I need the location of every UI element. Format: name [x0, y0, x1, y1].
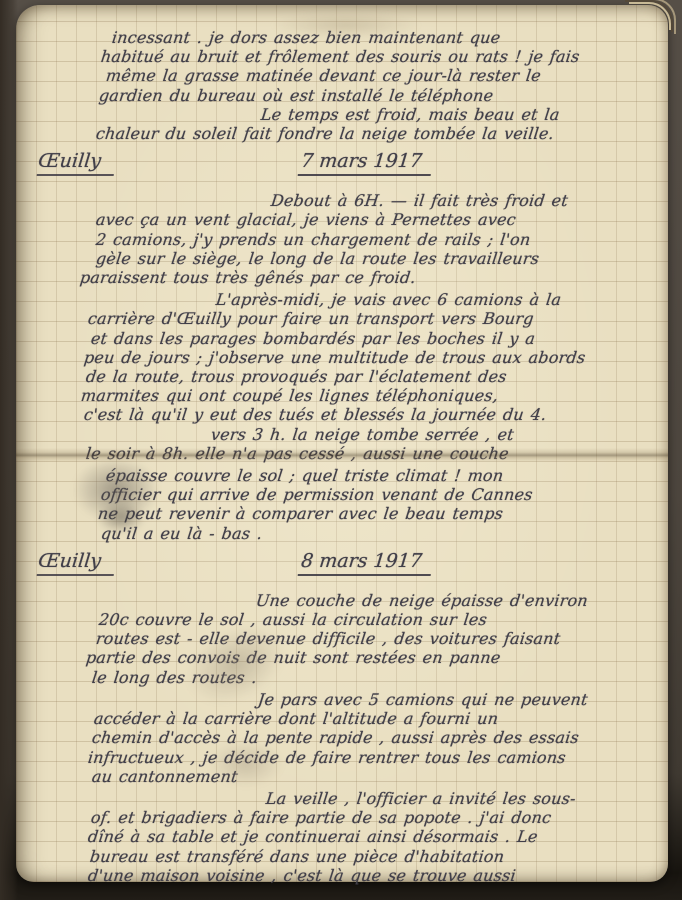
handwriting-text: ne peut revenir à comparer avec le beau … [97, 504, 504, 523]
handwriting-text: La veille , l'officier a invité les sous… [265, 789, 577, 808]
handwritten-line: qu'il a eu là - bas . [101, 524, 650, 543]
handwritten-line: au cantonnement [92, 767, 650, 786]
handwritten-line: marmites qui ont coupé les lignes téléph… [81, 386, 650, 405]
handwriting-text: partie des convois de nuit sont restées … [85, 648, 502, 667]
handwriting-text: Une couche de neige épaisse d'environ [255, 591, 589, 610]
handwriting-text: 2 camions, j'y prends un chargement de r… [95, 230, 532, 249]
handwriting-text: chemin d'accès à la pente rapide , aussi… [91, 728, 580, 747]
handwritten-line: habitué au bruit et frôlement des souris… [101, 47, 650, 66]
handwritten-line: L'après-midi, je vais avec 6 camions à l… [216, 290, 650, 309]
handwriting-text: épaisse couvre le sol ; quel triste clim… [105, 466, 505, 485]
handwritten-line: Debout à 6H. — il fait très froid et [271, 191, 650, 210]
handwritten-line: le long des routes . [92, 668, 650, 687]
handwriting-text: chaleur du soleil fait fondre la neige t… [95, 124, 555, 143]
handwriting-text: gardien du bureau où est installé le tél… [98, 86, 495, 105]
handwritten-line: 2 camions, j'y prends un chargement de r… [96, 230, 650, 249]
handwritten-line: La veille , l'officier a invité les sous… [266, 789, 650, 808]
handwritten-line: incessant . je dors assez bien maintenan… [112, 28, 650, 47]
handwritten-line: d'une maison voisine , c'est là que se t… [88, 866, 650, 885]
handwritten-line: gèle sur le siège, le long de la route l… [96, 249, 650, 268]
handwritten-line: 20c couvre le sol , aussi la circulation… [99, 610, 650, 629]
notebook-page: incessant . je dors assez bien maintenan… [16, 5, 668, 882]
entry-heading: Œuilly8 mars 1917 [96, 550, 650, 582]
handwriting-text: et dans les parages bombardés par les bo… [90, 329, 537, 348]
entry-heading: Œuilly7 mars 1917 [96, 150, 650, 182]
handwriting-text: qu'il a eu là - bas . [100, 524, 264, 543]
handwritten-line: même la grasse matinée devant ce jour-là… [106, 66, 650, 85]
handwritten-line: accéder à la carrière dont l'altitude a … [94, 709, 650, 728]
handwriting-text: 20c couvre le sol , aussi la circulation… [98, 610, 488, 629]
photo-backdrop: incessant . je dors assez bien maintenan… [0, 0, 682, 900]
handwritten-line: gardien du bureau où est installé le tél… [99, 86, 650, 105]
handwritten-line: Je pars avec 5 camions qui ne peuvent [258, 690, 650, 709]
handwritten-line: dîné à sa table et je continuerai ainsi … [88, 827, 650, 846]
handwritten-line: c'est là qu'il y eut des tués et blessés… [84, 405, 650, 424]
paragraph: incessant . je dors assez bien maintenan… [96, 28, 650, 143]
handwritten-line: infructueux , je décide de faire rentrer… [88, 748, 650, 767]
handwriting-text: d'une maison voisine , c'est là que se t… [87, 866, 517, 885]
date-heading: 7 mars 1917 [298, 150, 433, 176]
paragraph: Une couche de neige épaisse d'environ20c… [96, 591, 650, 687]
handwriting-text: vers 3 h. la neige tombe serrée , et [210, 425, 515, 444]
handwriting-text: incessant . je dors assez bien maintenan… [111, 28, 502, 47]
handwritten-line: avec ça un vent glacial, je viens à Pern… [96, 210, 650, 229]
handwritten-line: paraissent tous très gênés par ce froid. [80, 268, 650, 287]
paragraph: Debout à 6H. — il fait très froid etavec… [96, 191, 650, 287]
handwritten-line: officier qui arrive de permission venant… [101, 485, 650, 504]
handwritten-line: épaisse couvre le sol ; quel triste clim… [106, 466, 650, 485]
handwritten-line: routes est - elle devenue difficile , de… [96, 629, 650, 648]
paragraph: épaisse couvre le sol ; quel triste clim… [96, 466, 650, 543]
handwriting-text: of. et brigadiers à faire partie de sa p… [90, 808, 553, 827]
handwriting-text: Je pars avec 5 camions qui ne peuvent [257, 690, 589, 709]
handwriting-text: paraissent tous très gênés par ce froid. [79, 268, 417, 287]
handwritten-line: le soir à 8h. elle n'a pas cessé , aussi… [86, 444, 650, 463]
handwriting-text: Debout à 6H. — il fait très froid et [270, 191, 569, 210]
paragraph: La veille , l'officier a invité les sous… [96, 789, 650, 885]
handwritten-line: peu de jours ; j'observe une multitude d… [84, 348, 650, 367]
handwriting-text: au cantonnement [91, 767, 239, 786]
place-label: Œuilly [37, 550, 117, 576]
handwriting-text: officier qui arrive de permission venant… [100, 485, 534, 504]
text-layer: incessant . je dors assez bien maintenan… [16, 5, 668, 882]
handwritten-line: chaleur du soleil fait fondre la neige t… [96, 124, 650, 143]
handwritten-line: of. et brigadiers à faire partie de sa p… [91, 808, 650, 827]
handwriting-text: le soir à 8h. elle n'a pas cessé , aussi… [85, 444, 510, 463]
paragraph: L'après-midi, je vais avec 6 camions à l… [96, 290, 650, 463]
handwriting-text: gèle sur le siège, le long de la route l… [95, 249, 541, 268]
handwriting-text: même la grasse matinée devant ce jour-là… [105, 66, 542, 85]
handwriting-text: avec ça un vent glacial, je viens à Pern… [95, 210, 517, 229]
handwriting-text: bureau est transféré dans une pièce d'ha… [89, 847, 506, 866]
handwritten-line: de la route, trous provoqués par l'éclat… [86, 367, 650, 386]
handwritten-line: vers 3 h. la neige tombe serrée , et [211, 425, 650, 444]
handwritten-line: bureau est transféré dans une pièce d'ha… [90, 847, 650, 866]
handwriting-text: de la route, trous provoqués par l'éclat… [85, 367, 508, 386]
handwritten-line: Une couche de neige épaisse d'environ [256, 591, 650, 610]
handwriting-text: carrière d'Œuilly pour faire un transpor… [87, 309, 535, 328]
handwritten-line: ne peut revenir à comparer avec le beau … [98, 504, 650, 523]
handwriting-text: infructueux , je décide de faire rentrer… [87, 748, 567, 767]
handwriting-text: c'est là qu'il y eut des tués et blessés… [83, 405, 548, 424]
handwritten-line: carrière d'Œuilly pour faire un transpor… [88, 309, 650, 328]
handwriting-text: dîné à sa table et je continuerai ainsi … [87, 827, 539, 846]
handwriting-text: habitué au bruit et frôlement des souris… [100, 47, 581, 66]
paragraph: Je pars avec 5 camions qui ne peuventacc… [96, 690, 650, 786]
handwriting-text: Le temps est froid, mais beau et la [260, 105, 561, 124]
handwriting-text: L'après-midi, je vais avec 6 camions à l… [215, 290, 563, 309]
handwritten-line: chemin d'accès à la pente rapide , aussi… [92, 728, 650, 747]
handwriting-text: routes est - elle devenue difficile , de… [95, 629, 562, 648]
handwriting-text: peu de jours ; j'observe une multitude d… [83, 348, 587, 367]
handwritten-line: partie des convois de nuit sont restées … [86, 648, 650, 667]
handwriting-text: marmites qui ont coupé les lignes téléph… [80, 386, 500, 405]
handwriting-text: le long des routes . [91, 668, 258, 687]
handwritten-line: et dans les parages bombardés par les bo… [91, 329, 650, 348]
date-heading: 8 mars 1917 [298, 550, 433, 576]
handwriting-text: accéder à la carrière dont l'altitude a … [93, 709, 500, 728]
handwritten-line: Le temps est froid, mais beau et la [261, 105, 650, 124]
place-label: Œuilly [37, 150, 117, 176]
